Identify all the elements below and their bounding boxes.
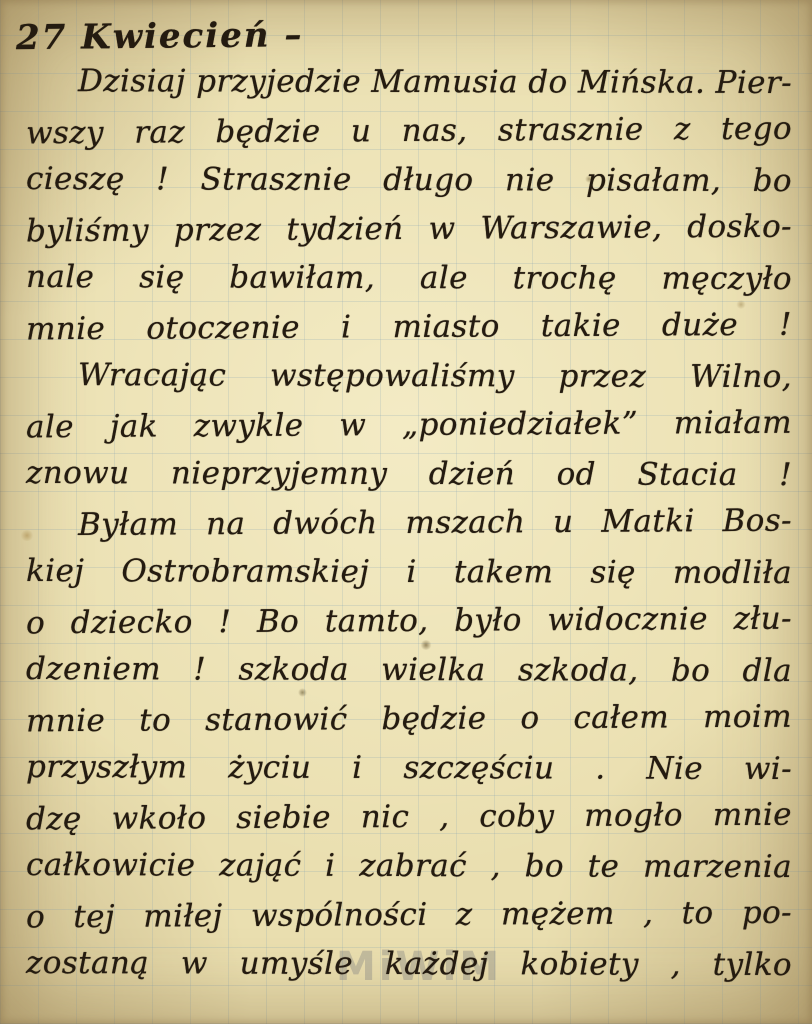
handwritten-line: Byłam na dwóch mszach u Matki Bos- <box>0 497 812 551</box>
handwritten-line: byliśmy przez tydzień w Warszawie, dosko… <box>0 203 812 257</box>
handwritten-line: zostaną w umyśle każdej kobiety , tylko <box>0 939 812 990</box>
handwritten-line: dzę wkoło siebie nic , coby mogło mnie <box>0 791 812 845</box>
handwritten-line: znowu nieprzyjemny dzień od Stacia ! <box>0 449 812 500</box>
handwritten-line: ale jak zwykle w „poniedziałek” miałam <box>0 399 812 453</box>
handwritten-line: o tej miłej wspólności z mężem , to po- <box>0 889 812 943</box>
handwritten-line: Dzisiaj przyjedzie Mamusia do Mińska. Pi… <box>0 57 812 108</box>
handwritten-line: przyszłym życiu i szczęściu . Nie wi- <box>0 743 812 794</box>
letter-page: MiWiM 27 Kwiecień – Dzisiaj przyjedzie M… <box>0 0 812 1024</box>
handwritten-line: nale się bawiłam, ale trochę męczyło <box>0 253 812 304</box>
handwritten-line: kiej Ostrobramskiej i takem się modliła <box>0 547 812 598</box>
handwritten-line: dzeniem ! szkoda wielka szkoda, bo dla <box>0 645 812 696</box>
handwritten-line: wszy raz będzie u nas, strasznie z tego <box>0 105 812 159</box>
handwritten-line: cieszę ! Strasznie długo nie pisałam, bo <box>0 155 812 206</box>
date-heading: 27 Kwiecień – <box>16 10 812 58</box>
handwritten-line: mnie to stanowić będzie o całem moim <box>0 693 812 747</box>
handwritten-line: Wracając wstępowaliśmy przez Wilno, <box>0 351 812 402</box>
handwritten-line: mnie otoczenie i miasto takie duże ! <box>0 301 812 355</box>
handwritten-line: całkowicie zająć i zabrać , bo te marzen… <box>0 841 812 892</box>
handwritten-line: o dziecko ! Bo tamto, było widocznie złu… <box>0 595 812 649</box>
handwritten-text: 27 Kwiecień – Dzisiaj przyjedzie Mamusia… <box>0 0 812 989</box>
